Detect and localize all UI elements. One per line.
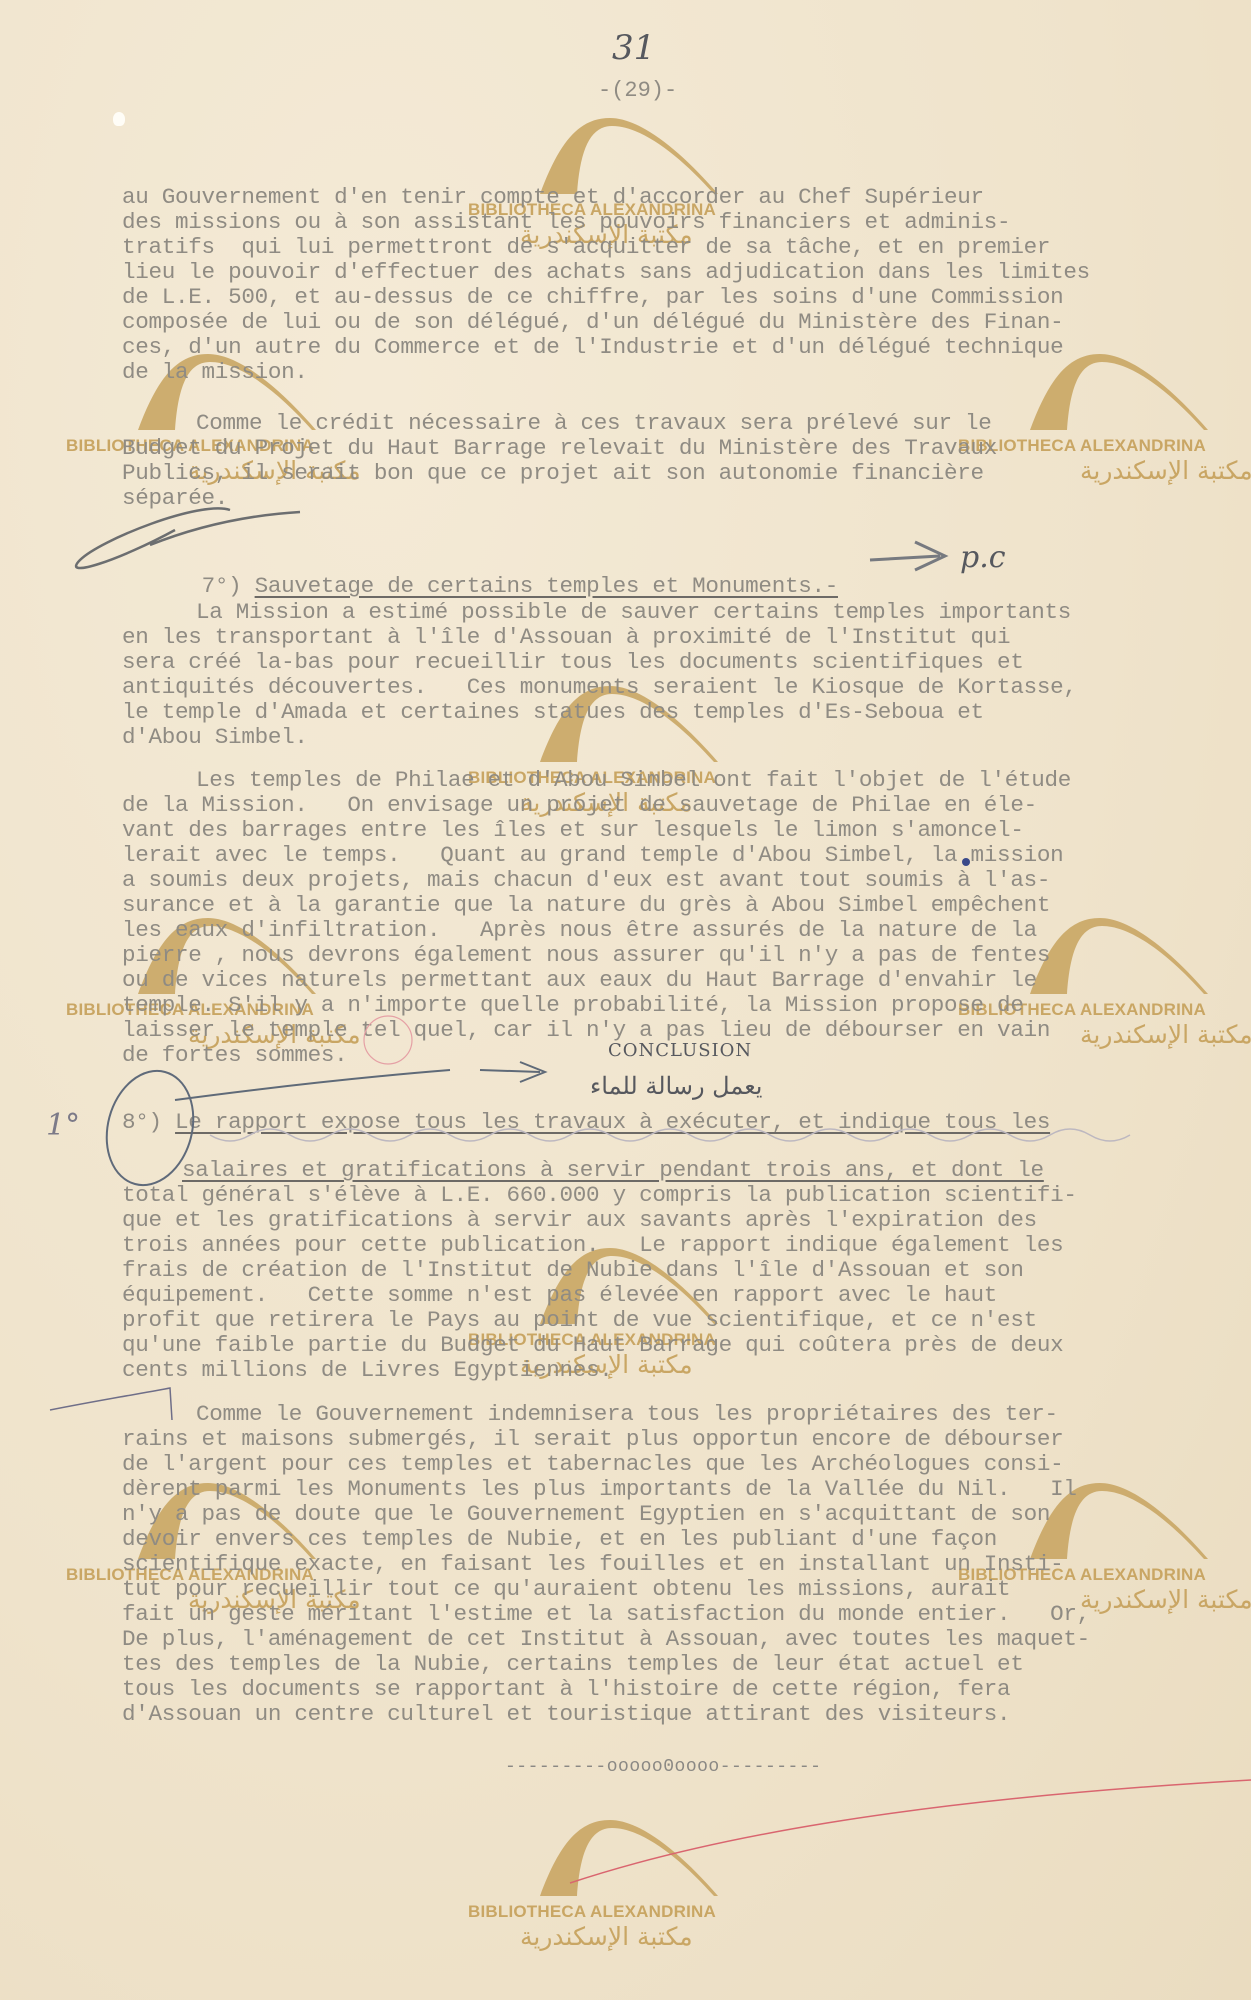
text-line: scientifique exacte, en faisant les foui… [122,1552,1232,1577]
text-line: Publics, il serait bon que ce projet ait… [122,461,1232,486]
text-line: cents millions de Livres Egyptiennes. [122,1358,1232,1383]
text-line: de la Mission. On envisage un projet de … [122,793,1232,818]
text-line: Budget du Projet du Haut Barrage relevai… [122,436,1232,461]
text-line: lerait avec le temps. Quant au grand tem… [122,843,1232,868]
paragraph-2: Comme le crédit nécessaire à ces travaux… [122,411,1232,511]
paragraph-5: Comme le Gouvernement indemnisera tous l… [122,1402,1232,1727]
watermark-name-en: BIBLIOTHECA ALEXANDRINA [468,1902,716,1922]
text-line: De plus, l'aménagement de cet Institut à… [122,1627,1232,1652]
arch-logo-icon [530,1812,720,1897]
document-page: 31 -(29)- BIBLIOTHECA ALEXANDRINA مكتبة … [0,0,1251,2000]
text-line: trois années pour cette publication. Le … [122,1233,1232,1258]
text-line: antiquités découvertes. Ces monuments se… [122,675,1232,700]
text-line: tes des temples de la Nubie, certains te… [122,1652,1232,1677]
text-line: ou de vices naturels permettant aux eaux… [122,968,1232,993]
text-line: sera créé la-bas pour recueillir tous le… [122,650,1232,675]
watermark-logo-bottom: BIBLIOTHECA ALEXANDRINA مكتبة الإسكندرية [530,1812,720,1897]
text-line: les eaux d'infiltration. Après nous être… [122,918,1232,943]
section-8: 8°) Le rapport expose tous les travaux à… [122,1110,1232,1135]
text-line: Comme le Gouvernement indemnisera tous l… [122,1402,1232,1427]
text-line: qu'une faible partie du Budget du Haut B… [122,1333,1232,1358]
text-line: tut pour recueillir tout ce qu'auraient … [122,1577,1232,1602]
text-line: de la mission. [122,360,1232,385]
section-title: Sauvetage de certains temples et Monumen… [255,573,838,599]
section-number: 8°) [122,1109,162,1135]
paragraph-4: Les temples de Philae et d'Abou Simbel o… [122,768,1232,1068]
text-line: a soumis deux projets, mais chacun d'eux… [122,868,1232,893]
watermark-name-ar: مكتبة الإسكندرية [520,1922,693,1951]
margin-note-1: 1° [46,1108,80,1143]
text-line: temple. S'il y a n'importe quelle probab… [122,993,1232,1018]
handwritten-page-number: 31 [612,28,655,68]
text-line: vant des barrages entre les îles et sur … [122,818,1232,843]
text-line: frais de création de l'Institut de Nubie… [122,1258,1232,1283]
paragraph-1: au Gouvernement d'en tenir compte et d'a… [122,185,1232,385]
handwritten-arabic-note: يعمل رسالة للماء [590,1072,763,1100]
text-line: n'y a pas de doute que le Gouvernement E… [122,1502,1232,1527]
end-separator: ---------ooooo0oooo--------- [505,1757,821,1777]
text-line: le temple d'Amada et certaines statues d… [122,700,1232,725]
text-line: que et les gratifications à servir aux s… [122,1208,1232,1233]
text-line: Le rapport expose tous les travaux à exé… [175,1109,1050,1135]
text-line: de L.E. 500, et au-dessus de ce chiffre,… [122,285,1232,310]
section-7-heading: 7°) Sauvetage de certains temples et Mon… [122,549,1232,574]
text-line: de l'argent pour ces temples et tabernac… [122,1452,1232,1477]
section-8-body: salaires et gratifications à servir pend… [122,1158,1232,1383]
text-line: tratifs qui lui permettront de s'acquitt… [122,235,1232,260]
arch-logo-icon [530,110,720,195]
text-line: lieu le pouvoir d'effectuer des achats s… [122,260,1232,285]
text-line: séparée. [122,486,1232,511]
text-line: composée de lui ou de son délégué, d'un … [122,310,1232,335]
text-line: équipement. Cette somme n'est pas élevée… [122,1283,1232,1308]
text-line: d'Abou Simbel. [122,725,1232,750]
text-line: rains et maisons submergés, il serait pl… [122,1427,1232,1452]
text-line: pierre , nous devrons également nous ass… [122,943,1232,968]
text-line: tous les documents se rapportant à l'his… [122,1677,1232,1702]
text-line: surance et à la garantie que la nature d… [122,893,1232,918]
text-line: en les transportant à l'île d'Assouan à … [122,625,1232,650]
text-line: fait un geste méritant l'estime et la sa… [122,1602,1232,1627]
text-line: dèrent parmi les Monuments les plus impo… [122,1477,1232,1502]
text-line: ces, d'un autre du Commerce et de l'Indu… [122,335,1232,360]
typed-page-number: -(29)- [598,78,677,103]
handwritten-conclusion-note: CONCLUSION [608,1040,752,1061]
text-line: total général s'élève à L.E. 660.000 y c… [122,1183,1232,1208]
text-line: au Gouvernement d'en tenir compte et d'a… [122,185,1232,210]
watermark-logo-top: BIBLIOTHECA ALEXANDRINA مكتبة الإسكندرية [530,110,720,195]
text-line: d'Assouan un centre culturel et touristi… [122,1702,1232,1727]
text-line: La Mission a estimé possible de sauver c… [122,600,1232,625]
margin-note-pc: p.c [960,540,1006,575]
text-line: salaires et gratifications à servir pend… [182,1157,1044,1183]
text-line: profit que retirera le Pays au point de … [122,1308,1232,1333]
section-number: 7°) [202,573,242,599]
text-line: devoir envers ces temples de Nubie, et e… [122,1527,1232,1552]
text-line: Les temples de Philae et d'Abou Simbel o… [122,768,1232,793]
paragraph-3: La Mission a estimé possible de sauver c… [122,600,1232,750]
punch-hole [113,112,125,126]
text-line: Comme le crédit nécessaire à ces travaux… [122,411,1232,436]
text-line: des missions ou à son assistant les pouv… [122,210,1232,235]
